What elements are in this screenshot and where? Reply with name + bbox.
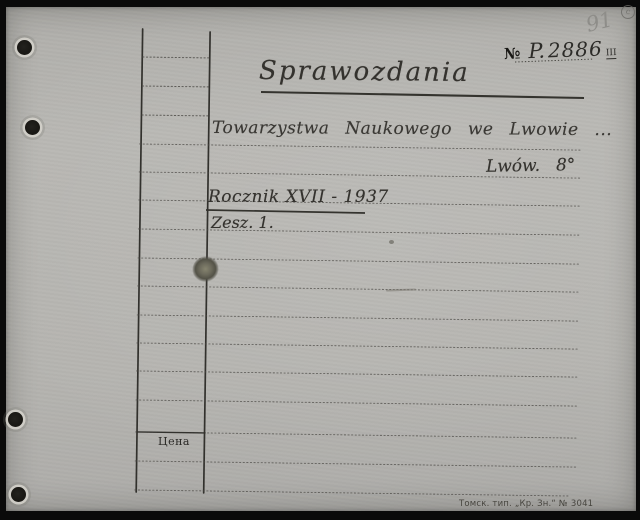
place-name: Lwów. [486,156,540,177]
price-row-line [137,432,205,433]
paper-speck [389,240,394,244]
organization-line: Towarzystwa Naukowego we Lwowie ... [212,118,612,140]
document-title: Sprawozdania [259,56,470,88]
scanned-document: { "page": { "pencil_number": "91", "corn… [0,0,640,520]
accession-stamp: № P. 2886 III [504,36,617,64]
title-underline [261,92,584,98]
book-format: 8° [556,155,576,175]
column-left-line [136,29,142,492]
no-symbol-stamp: № [504,44,522,63]
accession-roman-suffix: III [606,48,617,59]
price-label: Цена [148,435,200,448]
accession-number: 2886 [547,37,603,63]
yearbook-line: Rocznik XVII - 1937 [208,187,389,207]
issue-line: Zesz. 1. [211,213,274,232]
printer-imprint: Томск. тип. „Кр. Зн.“ № 3041 [459,499,593,509]
column-dotted-rows [142,57,209,116]
accession-series: P. [528,39,545,64]
place-and-format: Lwów. 8° [486,155,576,177]
